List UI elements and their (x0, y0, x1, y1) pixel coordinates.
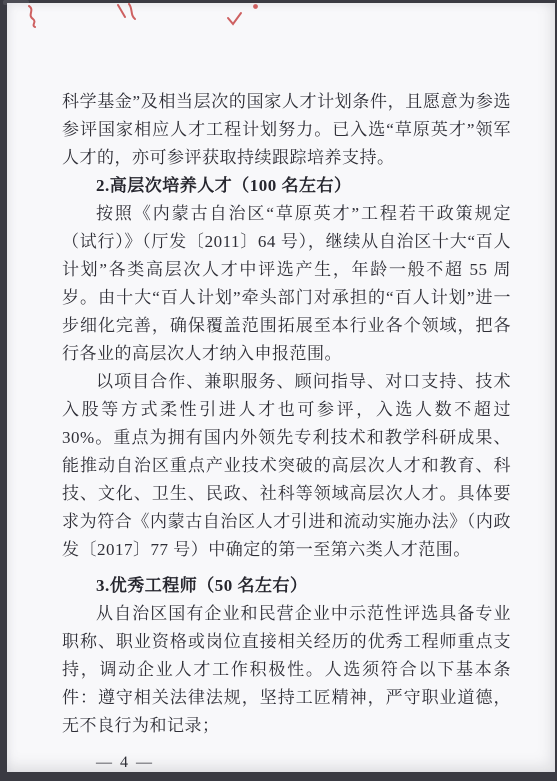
paragraph-continuation: 科学基金”及相当层次的国家人才计划条件，且愿意为参选参评国家相应人才工程计划努力… (62, 88, 511, 172)
red-pen-mark (115, 3, 139, 23)
paragraph: 按照《内蒙古自治区“草原英才”工程若干政策规定（试行）》（厅发〔2011〕64 … (62, 200, 511, 368)
page-number: — 4 — (96, 754, 511, 772)
document-body: 科学基金”及相当层次的国家人才计划条件，且愿意为参选参评国家相应人才工程计划努力… (62, 88, 511, 772)
red-pen-mark (226, 11, 244, 27)
paragraph: 从自治区国有企业和民营企业中示范性评选具备专业职称、职业资格或岗位直接相关经历的… (62, 600, 511, 740)
document-page: 科学基金”及相当层次的国家人才计划条件，且愿意为参选参评国家相应人才工程计划努力… (7, 3, 555, 772)
scan-frame: 科学基金”及相当层次的国家人才计划条件，且愿意为参选参评国家相应人才工程计划努力… (0, 0, 557, 781)
paragraph: 以项目合作、兼职服务、顾问指导、对口支持、技术入股等方式柔性引进人才也可参评，入… (62, 368, 511, 564)
section-heading-3: 3.优秀工程师（50 名左右） (62, 572, 511, 600)
section-heading-2: 2.高层次培养人才（100 名左右） (62, 172, 511, 200)
red-pen-mark (24, 4, 46, 28)
red-pen-dot (252, 3, 259, 10)
